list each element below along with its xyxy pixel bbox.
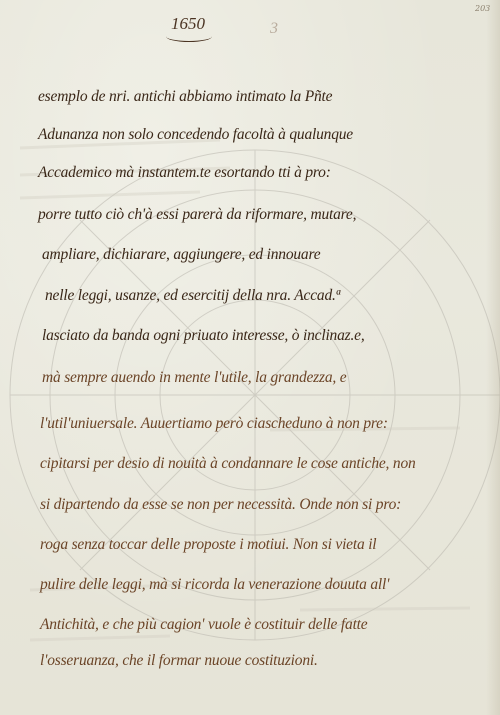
text-line: ampliare, dichiarare, aggiungere, ed inn… (42, 246, 320, 264)
text-line: l'osseruanza, che il formar nuoue costit… (40, 652, 318, 670)
text-line: roga senza toccar delle proposte i motiu… (40, 536, 376, 554)
text-line: mà sempre auendo in mente l'utile, la gr… (42, 369, 346, 387)
marginal-mark: 3 (270, 20, 278, 38)
text-line: nelle leggi, usanze, ed esercitij della … (45, 287, 340, 305)
text-line: cipitarsi per desio di nouità à condanna… (40, 455, 416, 473)
text-line: l'util'uniuersale. Auuertiamo però ciasc… (40, 415, 388, 433)
text-line: Adunanza non solo concedendo facoltà à q… (38, 126, 353, 144)
folio-number: 203 (475, 4, 490, 13)
text-line: si dipartendo da esse se non per necessi… (40, 496, 401, 514)
text-line: esemplo de nri. antichi abbiamo intimato… (38, 88, 332, 106)
text-line: Accademico mà instantem.te esortando tti… (38, 164, 331, 182)
year-flourish (166, 31, 212, 42)
text-line: Antichità, e che più cagion' vuole è cos… (40, 616, 367, 634)
text-line: pulire delle leggi, mà si ricorda la ven… (40, 576, 389, 594)
bleed-through-circle-drawing (0, 0, 500, 715)
manuscript-page: 203 1650 3 esemplo de nri. antichi abbia… (0, 0, 500, 715)
text-line: porre tutto ciò ch'à essi parerà da rifo… (38, 206, 356, 224)
text-line: lasciato da banda ogni priuato interesse… (42, 327, 365, 345)
